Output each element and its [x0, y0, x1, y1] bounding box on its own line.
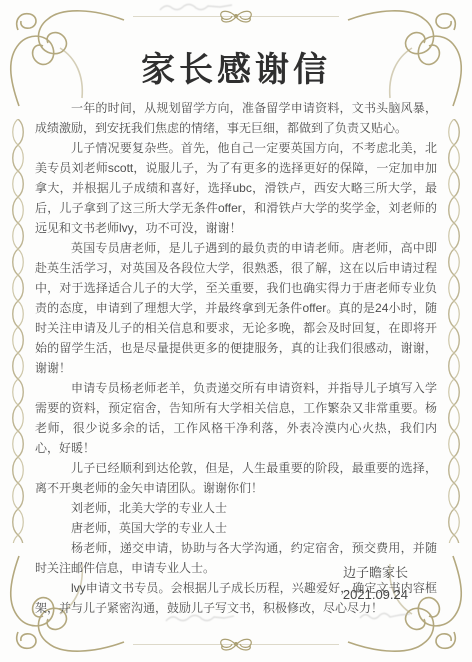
- paragraph-son-situation: 儿子情况要复杂些。首先，他自己一定要英国方向，不考虑北美，北美专员刘老师scot…: [35, 138, 437, 238]
- letter-page: 家长感谢信 一年的时间，从规划留学方向，准备留学申请资料，文书头脑风暴，成绩激励…: [0, 0, 472, 662]
- left-border-braid-icon: [8, 119, 28, 543]
- page-title: 家长感谢信: [0, 0, 472, 91]
- paragraph-teacher-yang: 申请专员杨老师老羊，负责递交所有申请资料，并指导儿子填写入学需要的资料，预定宿舍…: [35, 378, 437, 458]
- paragraph-arrival-london: 儿子已经顺利到达伦敦，但是，人生最重要的阶段，最重要的选择，离不开奥老师的金矢申…: [35, 458, 437, 498]
- signature-date: 2021.09.24: [343, 584, 408, 606]
- paragraph-teacher-tang: 英国专员唐老师，是儿子遇到的最负责的申请老师。唐老师，高中即赴英生活学习，对英国…: [35, 238, 437, 378]
- bottom-floral-ornament-icon: [204, 635, 268, 660]
- bottom-rule: [133, 634, 339, 656]
- paragraph-teacher-tang-line: 唐老师，英国大学的专业人士: [35, 518, 437, 538]
- letter-body: 一年的时间，从规划留学方向，准备留学申请资料，文书头脑风暴，成绩激励，到安抚我们…: [35, 98, 437, 618]
- paragraph-teacher-liu-line: 刘老师，北美大学的专业人士: [35, 498, 437, 518]
- signature-name: 边子瞻家长: [343, 562, 408, 584]
- signature-block: 边子瞻家长 2021.09.24: [343, 562, 408, 606]
- bottom-rule-line: [133, 644, 339, 645]
- right-border-braid-icon: [444, 119, 464, 543]
- paragraph-intro: 一年的时间，从规划留学方向，准备留学申请资料，文书头脑风暴，成绩激励，到安抚我们…: [35, 98, 437, 138]
